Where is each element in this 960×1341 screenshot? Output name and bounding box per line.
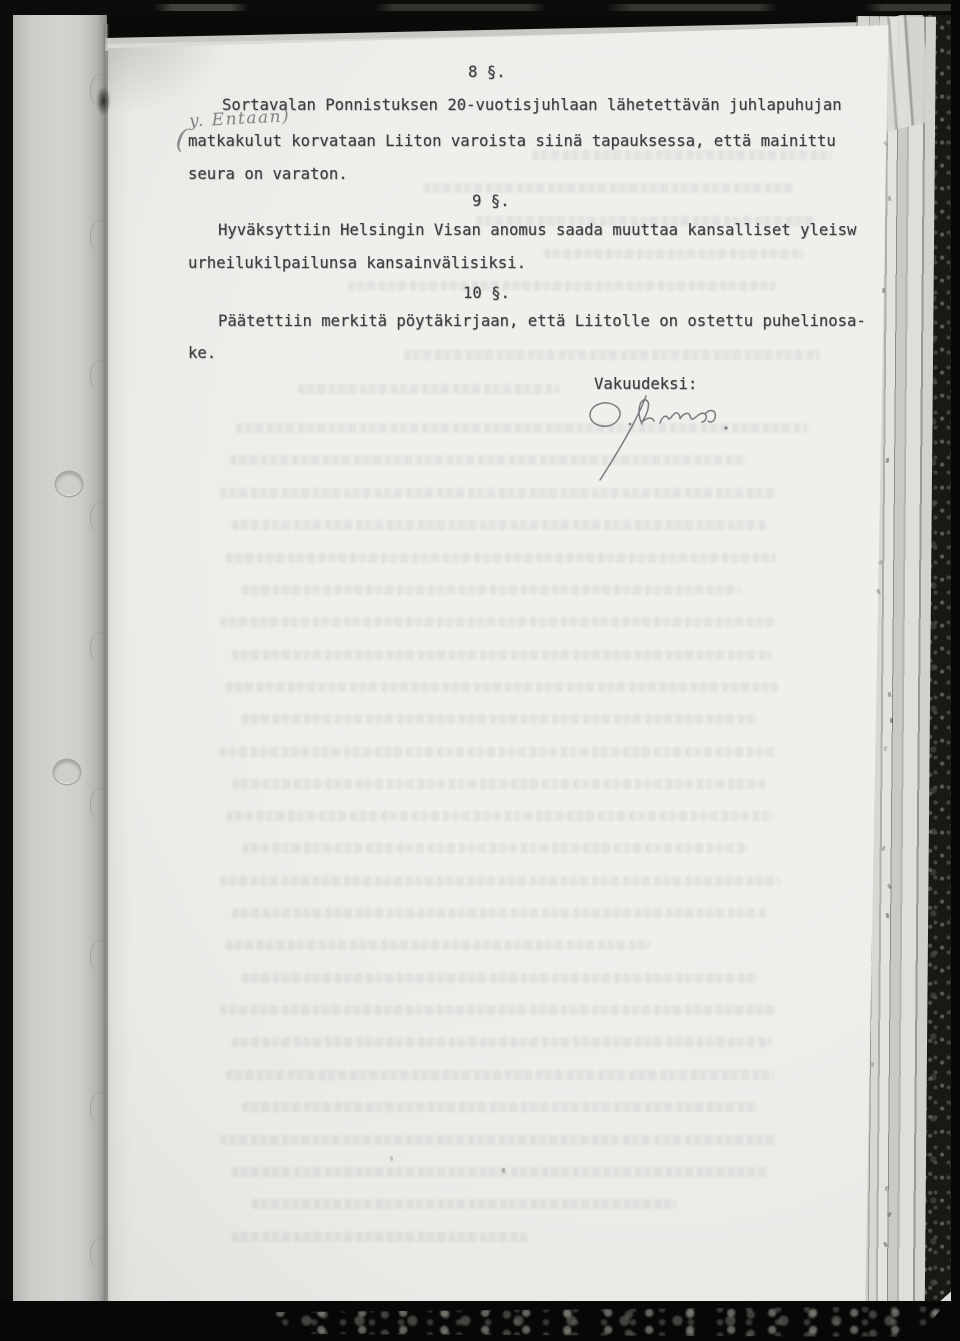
signature-handwriting xyxy=(578,390,748,490)
edge-speck xyxy=(502,1168,505,1173)
ghost-line xyxy=(226,682,778,692)
ghost-line xyxy=(226,811,774,821)
ghost-line xyxy=(348,281,776,291)
photo-border-right xyxy=(951,0,960,1341)
ghost-line xyxy=(220,1135,776,1145)
ghost-line xyxy=(242,1102,758,1112)
section-heading: 9 §. xyxy=(472,191,510,211)
ghost-line xyxy=(544,249,804,259)
ghost-line xyxy=(242,585,740,595)
edge-speck xyxy=(871,1062,874,1067)
photo-border-top xyxy=(0,0,960,15)
ghost-line xyxy=(232,1232,528,1242)
ghost-line xyxy=(242,714,758,724)
ghost-line xyxy=(226,553,776,563)
ghost-line xyxy=(232,908,768,918)
typed-line: ke. xyxy=(188,343,216,363)
photo-border-left xyxy=(0,0,13,1341)
ghost-line xyxy=(242,843,748,853)
punch-hole xyxy=(54,760,80,784)
ghost-line xyxy=(220,1005,776,1015)
ghost-line xyxy=(232,650,772,660)
ghost-line xyxy=(532,150,832,160)
ghost-line xyxy=(232,1167,768,1177)
binding-fold xyxy=(104,24,108,1302)
ghost-line xyxy=(232,520,768,530)
scanned-page xyxy=(98,20,894,1306)
ghost-line xyxy=(220,617,776,627)
typed-line: Päätettiin merkitä pöytäkirjaan, että Li… xyxy=(218,311,866,331)
ghost-line xyxy=(226,940,650,950)
edge-speck xyxy=(890,718,893,723)
section-heading: 8 §. xyxy=(468,62,506,82)
ghost-line xyxy=(220,876,780,886)
document-scan: 8 §. Sortavalan Ponnistuksen 20-vuotisju… xyxy=(0,0,960,1341)
ghost-line xyxy=(220,747,776,757)
typed-line: urheilukilpailunsa kansainvälisiksi. xyxy=(188,253,526,273)
typed-line: seura on varaton. xyxy=(188,164,348,184)
typed-line: Hyväksyttiin Helsingin Visan anomus saad… xyxy=(218,220,856,240)
ghost-line xyxy=(252,1199,676,1209)
typed-line: Sortavalan Ponnistuksen 20-vuotisjuhlaan… xyxy=(222,95,842,115)
ghost-line xyxy=(298,384,560,394)
ghost-line xyxy=(226,1070,774,1080)
section-heading: 10 §. xyxy=(463,283,510,303)
edge-speck xyxy=(882,288,885,293)
ghost-line xyxy=(404,350,820,360)
ghost-line xyxy=(232,1037,772,1047)
punch-hole xyxy=(56,472,82,496)
ghost-line xyxy=(232,779,768,789)
ghost-line xyxy=(242,973,758,983)
typed-line: matkakulut korvataan Liiton varoista sii… xyxy=(188,131,836,151)
